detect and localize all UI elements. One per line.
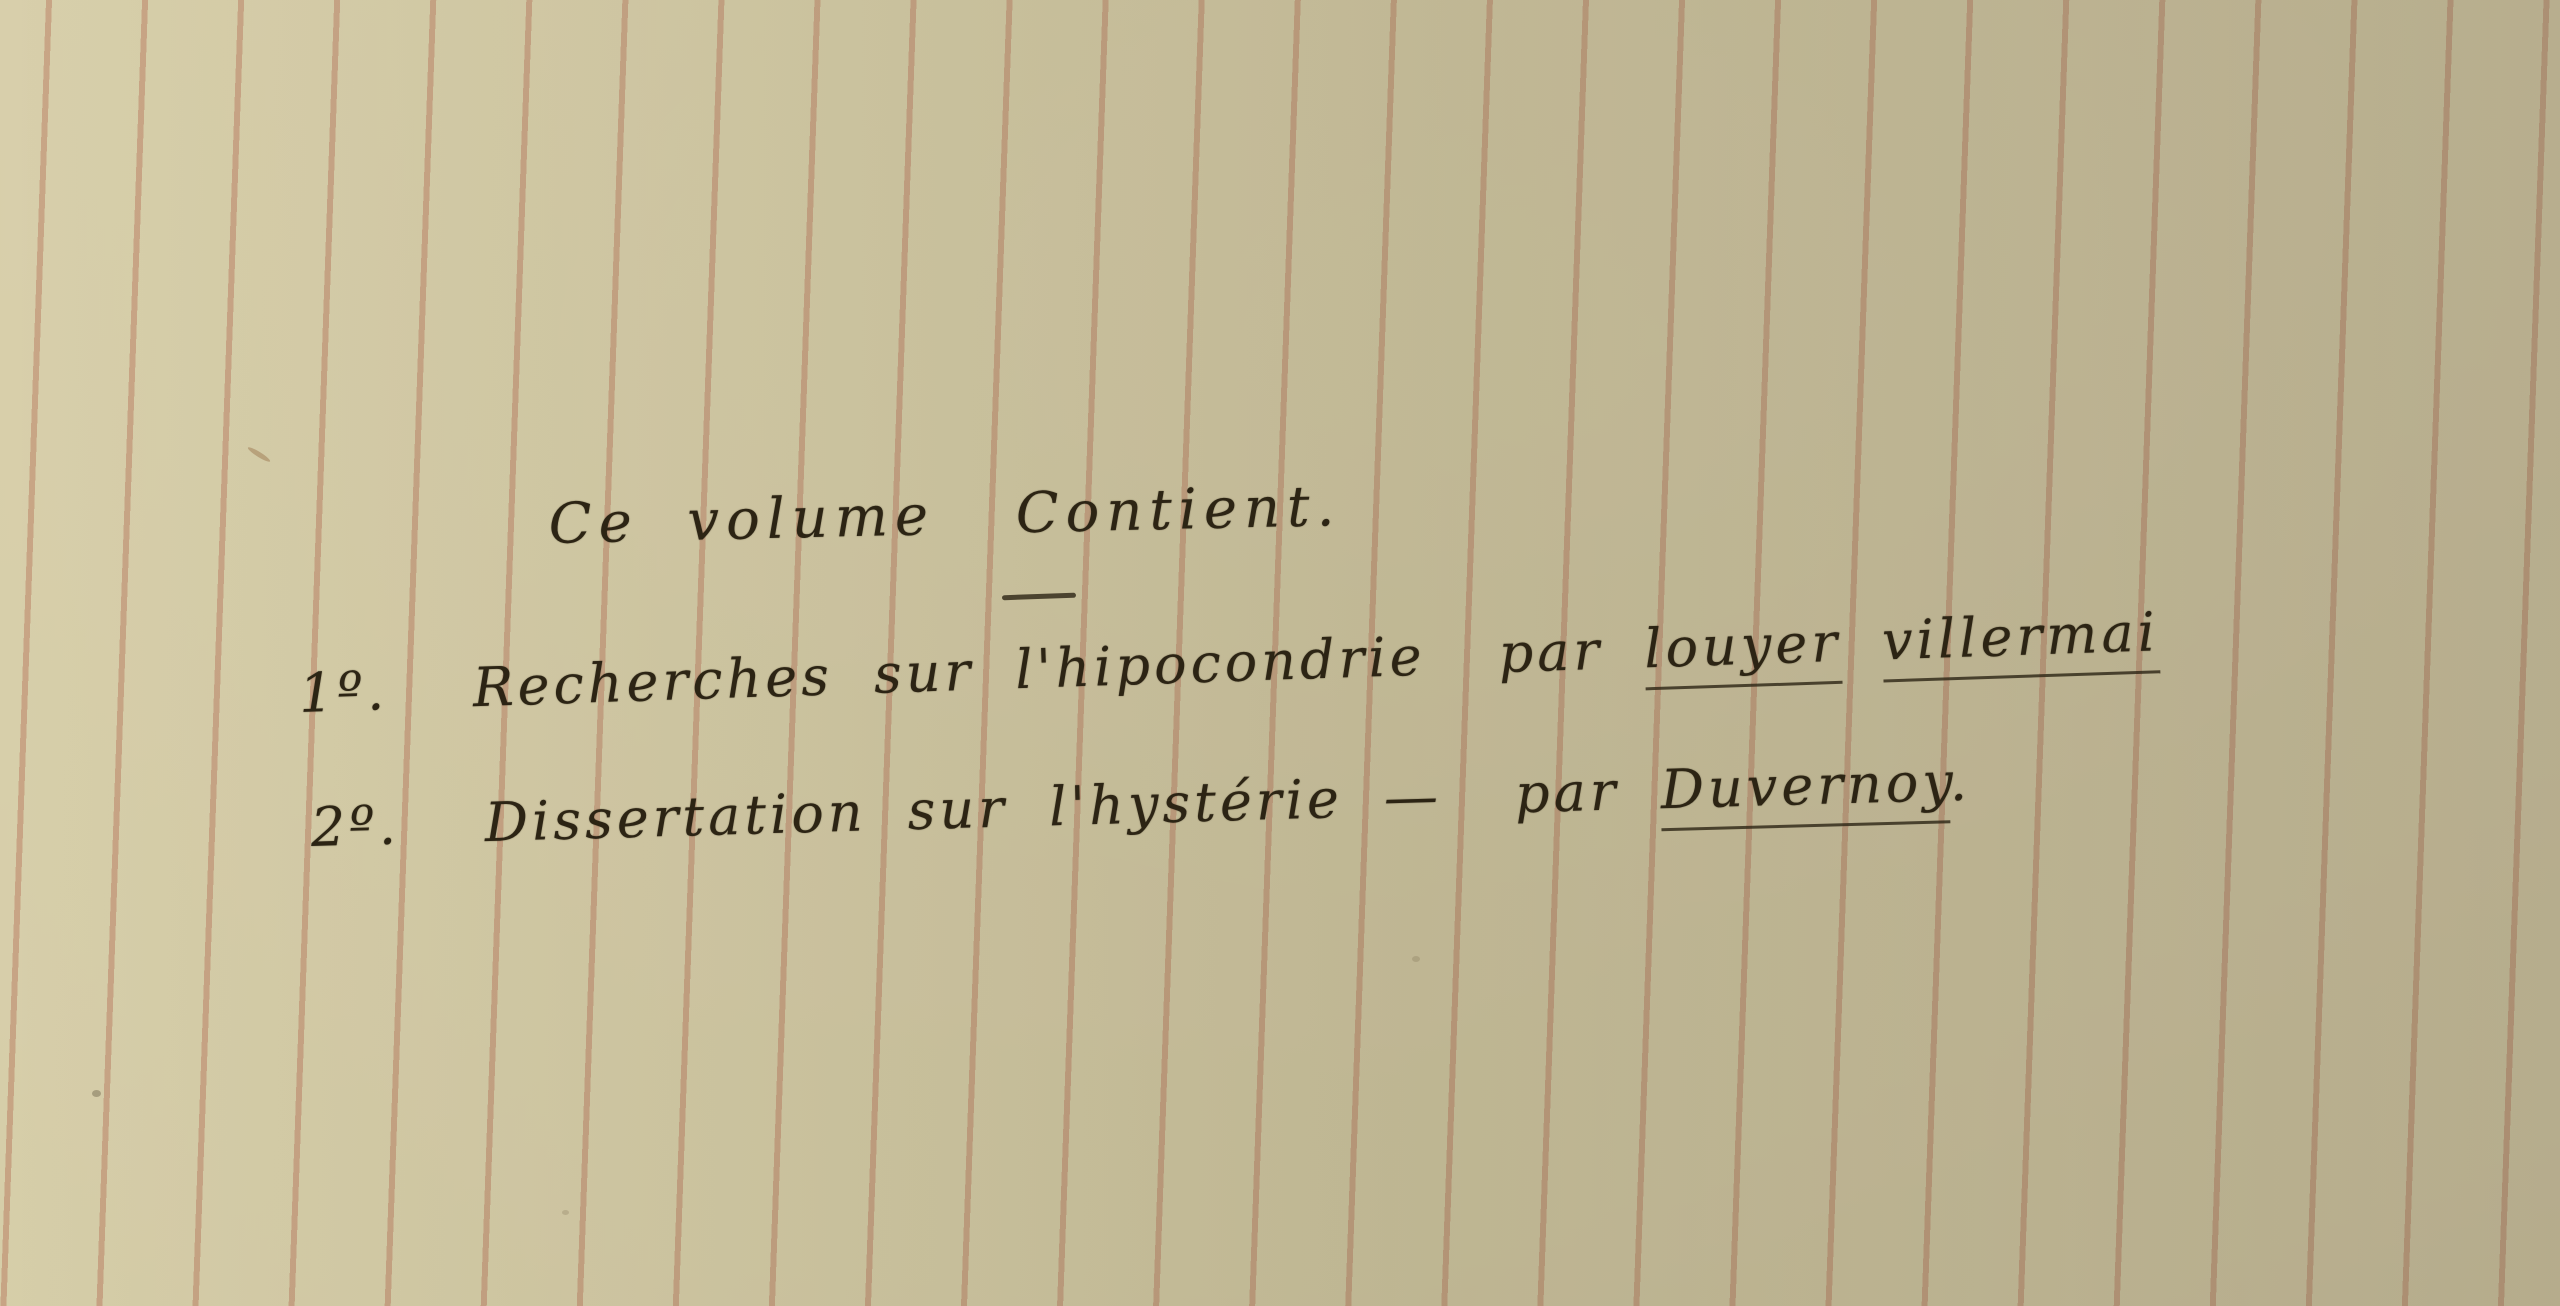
entry-2-period: . — [1949, 750, 1972, 814]
entry-1-author-first: louyer — [1643, 611, 1842, 690]
paper-blemish — [92, 1090, 101, 1097]
entry-2-preposition: par — [1514, 759, 1620, 825]
book-photo: Ce volume Contient. 1º.Recherches sur l'… — [0, 0, 2560, 1306]
paper-blemish — [562, 1210, 569, 1215]
entry-2-number: 2º. — [310, 794, 401, 859]
entry-1-preposition: par — [1498, 619, 1605, 685]
paper-blemish — [1412, 956, 1420, 962]
entry-1-number: 1º. — [298, 659, 389, 725]
heading-pre: Ce volume — [548, 483, 936, 557]
heading-period: . — [1316, 474, 1342, 540]
entry-2-author: Duvernoy — [1660, 750, 1951, 831]
entry-1-author-last: villermai — [1881, 600, 2160, 682]
heading-word-contient: Contient — [1015, 475, 1317, 547]
